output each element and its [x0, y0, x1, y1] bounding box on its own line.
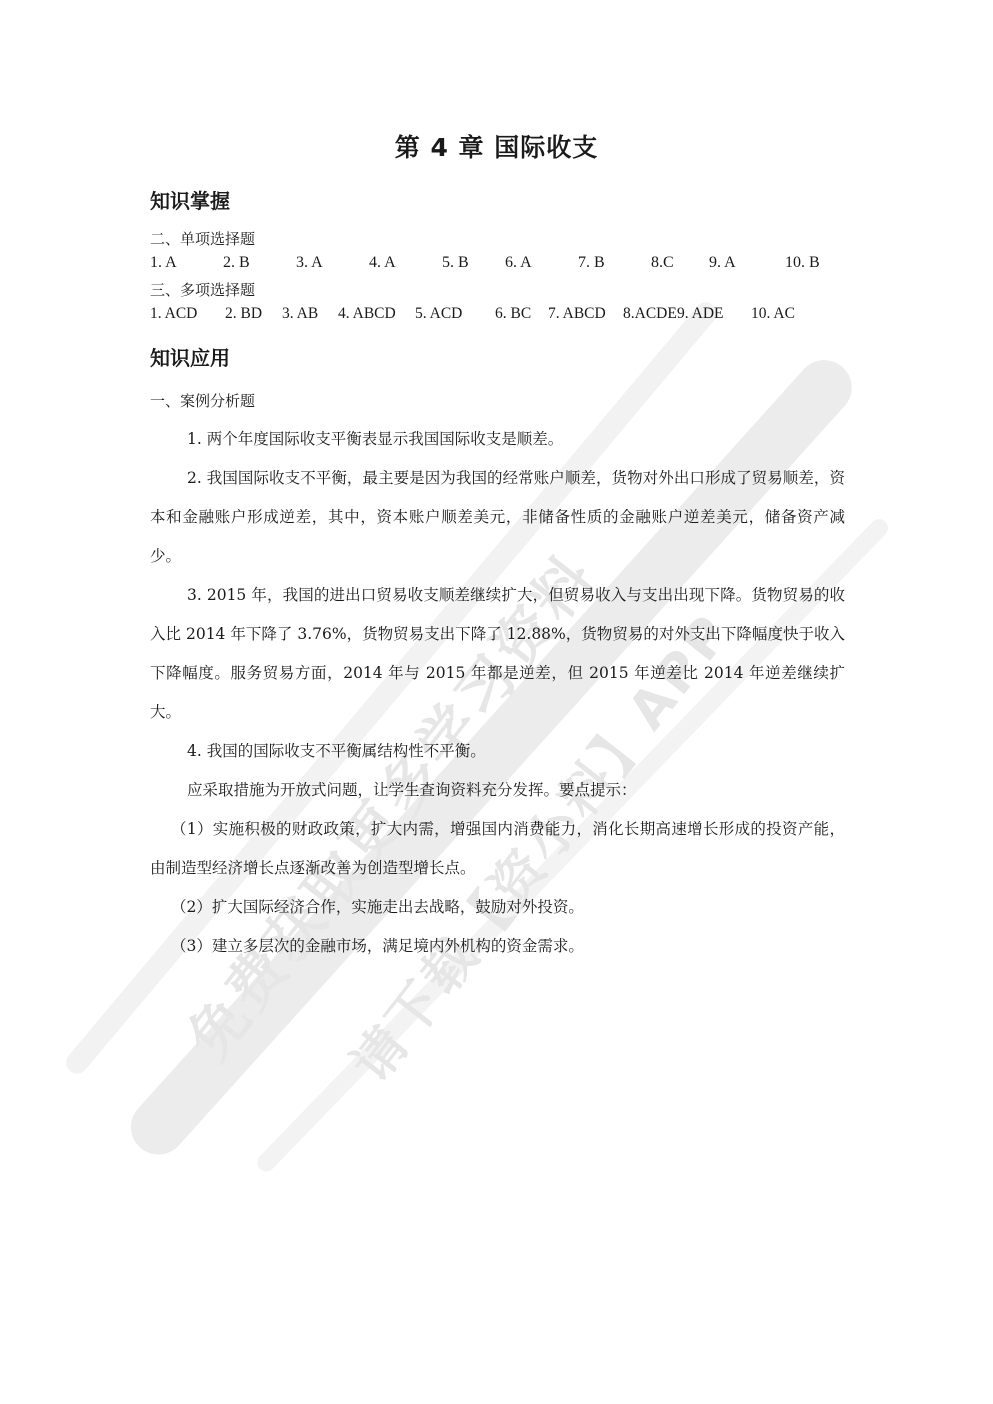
subsection-label-multiple-choice: 三、多项选择题 [150, 279, 255, 300]
answer-item: 8.ACDE [623, 305, 677, 323]
section-heading-knowledge-mastery: 知识掌握 [150, 185, 230, 214]
section-heading-knowledge-application: 知识应用 [150, 342, 230, 371]
subsection-label-case-analysis: 一、案例分析题 [150, 390, 255, 411]
multiple-choice-answers: 1. ACD 2. BD 3. AB 4. ABCD 5. ACD 6. BC … [150, 305, 850, 323]
answer-item: 7. ABCD [548, 305, 623, 323]
answer-item: 3. AB [282, 305, 338, 323]
answer-item: 6. A [505, 254, 578, 272]
answer-item: 4. ABCD [338, 305, 415, 323]
case-answer-paragraph: 4. 我国的国际收支不平衡属结构性不平衡。 [150, 732, 845, 771]
answer-item: 9. A [709, 254, 785, 272]
answer-item: 2. B [223, 254, 296, 272]
case-answer-paragraph: 应采取措施为开放式问题，让学生查询资料充分发挥。要点提示： [150, 771, 845, 810]
measure-item: （3）建立多层次的金融市场，满足境内外机构的资金需求。 [150, 927, 845, 966]
answer-item: 10. B [785, 254, 820, 272]
answer-item: 5. ACD [415, 305, 495, 323]
case-answer-paragraph: 1. 两个年度国际收支平衡表显示我国国际收支是顺差。 [150, 420, 845, 459]
answer-item: 1. A [150, 254, 223, 272]
subsection-label-single-choice: 二、单项选择题 [150, 228, 255, 249]
chapter-title: 第 4 章 国际收支 [0, 128, 993, 164]
answer-item: 1. ACD [150, 305, 225, 323]
measure-item: （2）扩大国际经济合作，实施走出去战略，鼓励对外投资。 [150, 888, 845, 927]
answer-item: 8.C [651, 254, 709, 272]
case-answer-paragraph: 3. 2015 年，我国的进出口贸易收支顺差继续扩大，但贸易收入与支出出现下降。… [150, 576, 845, 732]
answer-item: 10. AC [751, 305, 795, 323]
answer-item: 5. B [442, 254, 505, 272]
measure-item: （1）实施积极的财政政策，扩大内需，增强国内消费能力，消化长期高速增长形成的投资… [150, 810, 845, 888]
answer-item: 6. BC [495, 305, 548, 323]
answer-item: 7. B [578, 254, 651, 272]
case-answer-paragraph: 2. 我国国际收支不平衡，最主要是因为我国的经常账户顺差，货物对外出口形成了贸易… [150, 459, 845, 576]
answer-item: 4. A [369, 254, 442, 272]
answer-item: 9. ADE [677, 305, 751, 323]
answer-item: 2. BD [225, 305, 282, 323]
single-choice-answers: 1. A 2. B 3. A 4. A 5. B 6. A 7. B 8.C 9… [150, 254, 850, 272]
answer-item: 3. A [296, 254, 369, 272]
